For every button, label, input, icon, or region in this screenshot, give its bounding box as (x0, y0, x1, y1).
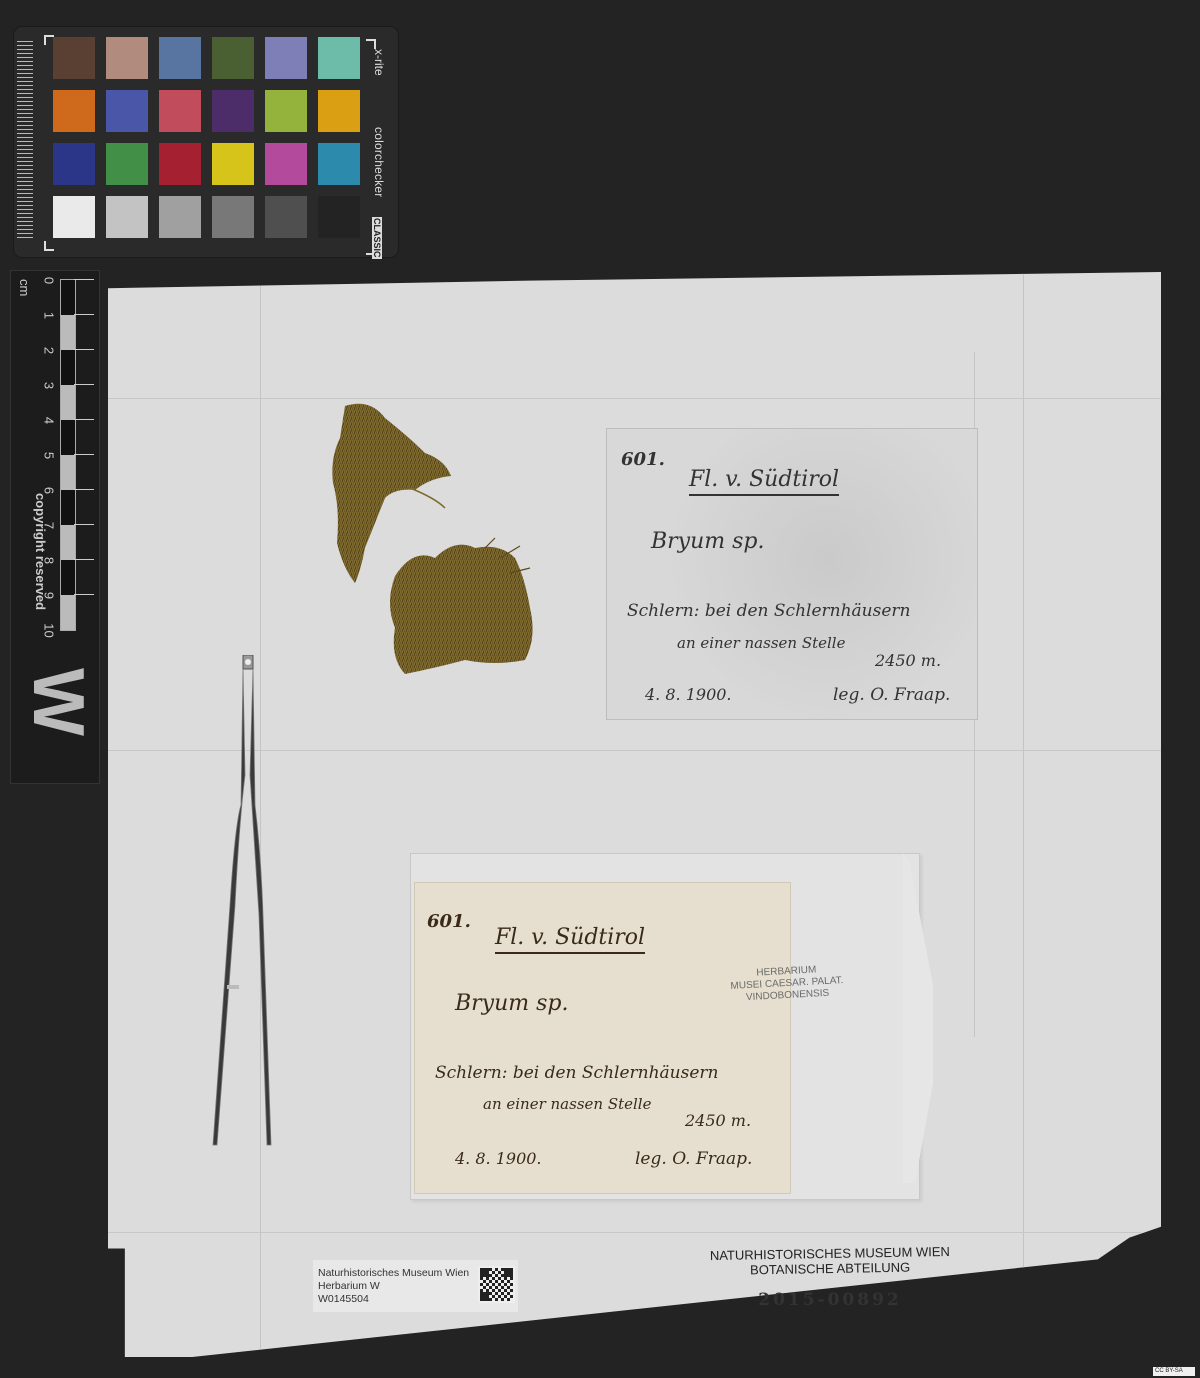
license-badge: CC BY-SA (1153, 1367, 1195, 1376)
fold-line (108, 1232, 1141, 1233)
color-swatch (212, 196, 254, 238)
accession-number: 2015-00892 (740, 1290, 920, 1310)
checker-brand: x-rite colorchecker CLASSIC (370, 37, 394, 252)
catalog-herbarium: Herbarium W (318, 1280, 469, 1293)
qr-code (478, 1266, 515, 1303)
color-swatch (212, 37, 254, 79)
label-title: Fl. v. Südtirol (689, 467, 839, 496)
color-swatch (265, 143, 307, 185)
color-swatch (212, 90, 254, 132)
label-collector: leg. O. Fraap. (635, 1149, 752, 1169)
color-swatch (318, 196, 360, 238)
scale-number: 2 (42, 341, 57, 361)
label-locality-2: an einer nassen Stelle (483, 1095, 651, 1113)
color-swatch (53, 90, 95, 132)
label-locality: Schlern: bei den Schlernhäusern (627, 601, 910, 621)
label-date: 4. 8. 1900. (645, 685, 732, 704)
catalog-barcode-label: Naturhistorisches Museum Wien Herbarium … (313, 1260, 518, 1312)
scale-number: 0 (42, 271, 57, 291)
color-swatch (106, 37, 148, 79)
color-swatch (53, 37, 95, 79)
brand-classic-badge: CLASSIC (372, 217, 382, 259)
catalog-institution: Naturhistorisches Museum Wien (318, 1267, 469, 1280)
label-altitude: 2450 m. (685, 1111, 751, 1130)
original-label: 601. Fl. v. Südtirol Bryum sp. Schlern: … (414, 882, 791, 1194)
herbarium-stamp: HERBARIUM MUSEI CAESAR. PALAT. VINDOBONE… (726, 963, 848, 1005)
scale-number: 5 (42, 446, 57, 466)
scale-number: 10 (42, 621, 57, 641)
color-swatch (159, 143, 201, 185)
color-swatch (212, 143, 254, 185)
color-swatch (53, 196, 95, 238)
museum-stamp: NATURHISTORISCHES MUSEUM WIEN BOTANISCHE… (690, 1244, 970, 1279)
color-swatch (106, 90, 148, 132)
label-altitude: 2450 m. (875, 651, 941, 670)
checker-ruler-ticks (17, 41, 33, 241)
color-swatch (265, 37, 307, 79)
color-swatch (318, 90, 360, 132)
scale-ticks (74, 279, 94, 629)
moss-specimen (325, 398, 545, 688)
color-swatch (159, 90, 201, 132)
catalog-text: Naturhistorisches Museum Wien Herbarium … (318, 1267, 469, 1306)
scale-bar: cm 012345678910 copyright reserved W (10, 270, 100, 784)
color-swatch (106, 143, 148, 185)
label-locality: Schlern: bei den Schlernhäusern (435, 1063, 718, 1083)
catalog-id: W0145504 (318, 1293, 469, 1306)
color-swatch (106, 196, 148, 238)
brand-xrite: x-rite (372, 49, 386, 76)
herbarium-w-logo: W (23, 667, 93, 737)
tweezers (205, 655, 280, 1150)
label-date: 4. 8. 1900. (455, 1149, 542, 1168)
label-collector: leg. O. Fraap. (833, 685, 950, 705)
color-swatch (318, 37, 360, 79)
label-locality-2: an einer nassen Stelle (677, 634, 845, 652)
label-number: 601. (427, 911, 471, 932)
copyright-text: copyright reserved (33, 493, 48, 610)
color-swatch (159, 196, 201, 238)
label-taxon: Bryum sp. (651, 529, 765, 554)
color-swatch-grid (53, 37, 360, 238)
label-number: 601. (621, 449, 665, 470)
color-swatch (265, 90, 307, 132)
fold-line (108, 398, 1161, 399)
scale-number: 3 (42, 376, 57, 396)
color-checker-card: x-rite colorchecker CLASSIC (14, 27, 398, 257)
brand-colorchecker: colorchecker (372, 127, 386, 197)
label-title: Fl. v. Südtirol (495, 925, 645, 954)
scale-number: 1 (42, 306, 57, 326)
color-swatch (53, 143, 95, 185)
scale-unit: cm (17, 279, 32, 296)
color-swatch (159, 37, 201, 79)
label-taxon: Bryum sp. (455, 991, 569, 1016)
fold-line (1023, 272, 1024, 1357)
corner-mark (44, 241, 54, 251)
photocopy-label: 601. Fl. v. Südtirol Bryum sp. Schlern: … (606, 428, 978, 720)
scale-number: 4 (42, 411, 57, 431)
color-swatch (265, 196, 307, 238)
color-swatch (318, 143, 360, 185)
